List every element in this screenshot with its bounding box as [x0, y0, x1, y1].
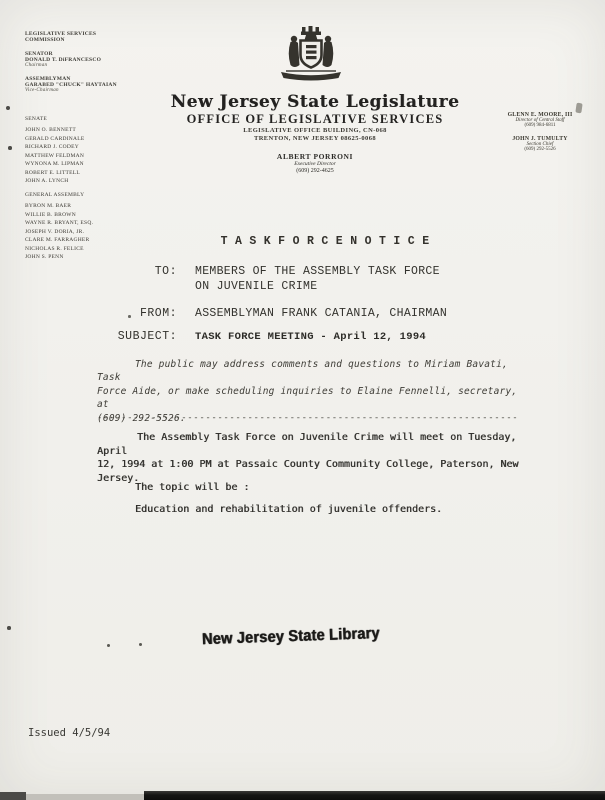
from-value: ASSEMBLYMAN FRANK CATANIA, CHAIRMAN: [195, 307, 447, 322]
topic-intro: The topic will be :: [135, 481, 435, 495]
executive-director-title: Executive Director: [160, 161, 470, 167]
from-label: FROM:: [95, 307, 177, 320]
scanner-edge-shadow: [0, 792, 26, 800]
legislature-title: New Jersey State Legislature: [160, 92, 470, 112]
scanner-edge-shadow: [144, 791, 605, 800]
to-line2: ON JUVENILE CRIME: [195, 280, 440, 295]
staff-entry-tumulty: JOHN J. TUMULTY Section Chief (609) 292-…: [492, 136, 588, 152]
meeting-line: 12, 1994 at 1:00 PM at Passaic County Co…: [97, 458, 529, 472]
commission-chairman: SENATOR DONALD T. DiFRANCESCO Chairman: [25, 51, 185, 70]
subject-value: TASK FORCE MEETING - April 12, 1994: [195, 330, 426, 345]
nj-state-seal-icon: [277, 26, 345, 89]
to-value: MEMBERS OF THE ASSEMBLY TASK FORCE ON JU…: [195, 265, 440, 294]
address-line2: TRENTON, NEW JERSEY 08625-0068: [160, 135, 470, 142]
meeting-line: The Assembly Task Force on Juvenile Crim…: [97, 431, 529, 458]
executive-director-phone: (609) 292-4625: [160, 168, 470, 174]
senate-member: JOHN A. LYNCH: [25, 177, 185, 186]
scanner-edge-shadow: [26, 794, 144, 800]
address-line1: LEGISLATIVE OFFICE BUILDING, CN-068: [160, 127, 470, 134]
chairman-title: Chairman: [25, 63, 185, 69]
commission-title: LEGISLATIVE SERVICES COMMISSION: [25, 31, 185, 43]
scan-speck: [6, 106, 10, 110]
dashed-separator: ----------------------------------------…: [97, 413, 517, 423]
assembly-member: JOHN S. PENN: [25, 253, 185, 262]
executive-director-name: ALBERT PORRONI: [160, 152, 470, 161]
assembly-member: WILLIE B. BROWN: [25, 211, 185, 220]
staff-phone: (609) 292-5526: [492, 147, 588, 152]
staff-entry-moore: GLENN E. MOORE, III Director of Central …: [492, 112, 588, 128]
meeting-paragraph: The Assembly Task Force on Juvenile Crim…: [97, 431, 529, 485]
scanned-memo-page: LEGISLATIVE SERVICES COMMISSION SENATOR …: [0, 0, 605, 800]
to-label: TO:: [95, 265, 177, 278]
staff-phone: (609) 984-6811: [492, 123, 588, 128]
scan-speck: [107, 644, 110, 647]
public-note-line: Force Aide, or make scheduling inquiries…: [97, 385, 523, 412]
scan-speck: [8, 146, 12, 150]
office-title: OFFICE OF LEGISLATIVE SERVICES: [160, 112, 470, 127]
assembly-heading: GENERAL ASSEMBLY: [25, 192, 185, 198]
assembly-member: BYRON M. BAER: [25, 202, 185, 211]
to-line1: MEMBERS OF THE ASSEMBLY TASK FORCE: [195, 265, 440, 280]
public-note-line: The public may address comments and ques…: [97, 358, 523, 385]
scan-speck: [128, 315, 131, 318]
assembly-member: WAYNE R. BRYANT, ESQ.: [25, 219, 185, 228]
assembly-member-list: BYRON M. BAER WILLIE B. BROWN WAYNE R. B…: [25, 202, 185, 262]
commission-title-line2: COMMISSION: [25, 37, 185, 43]
subject-label: SUBJECT:: [95, 330, 177, 343]
state-library-stamp: New Jersey State Library: [202, 624, 380, 648]
issued-date: Issued 4/5/94: [28, 727, 110, 739]
scan-speck: [7, 626, 11, 630]
notice-heading: T A S K F O R C E N O T I C E: [150, 235, 500, 248]
topic-text: Education and rehabilitation of juvenile…: [135, 503, 495, 517]
scan-speck: [139, 643, 142, 646]
senate-member: RICHARD J. CODEY: [25, 143, 185, 152]
